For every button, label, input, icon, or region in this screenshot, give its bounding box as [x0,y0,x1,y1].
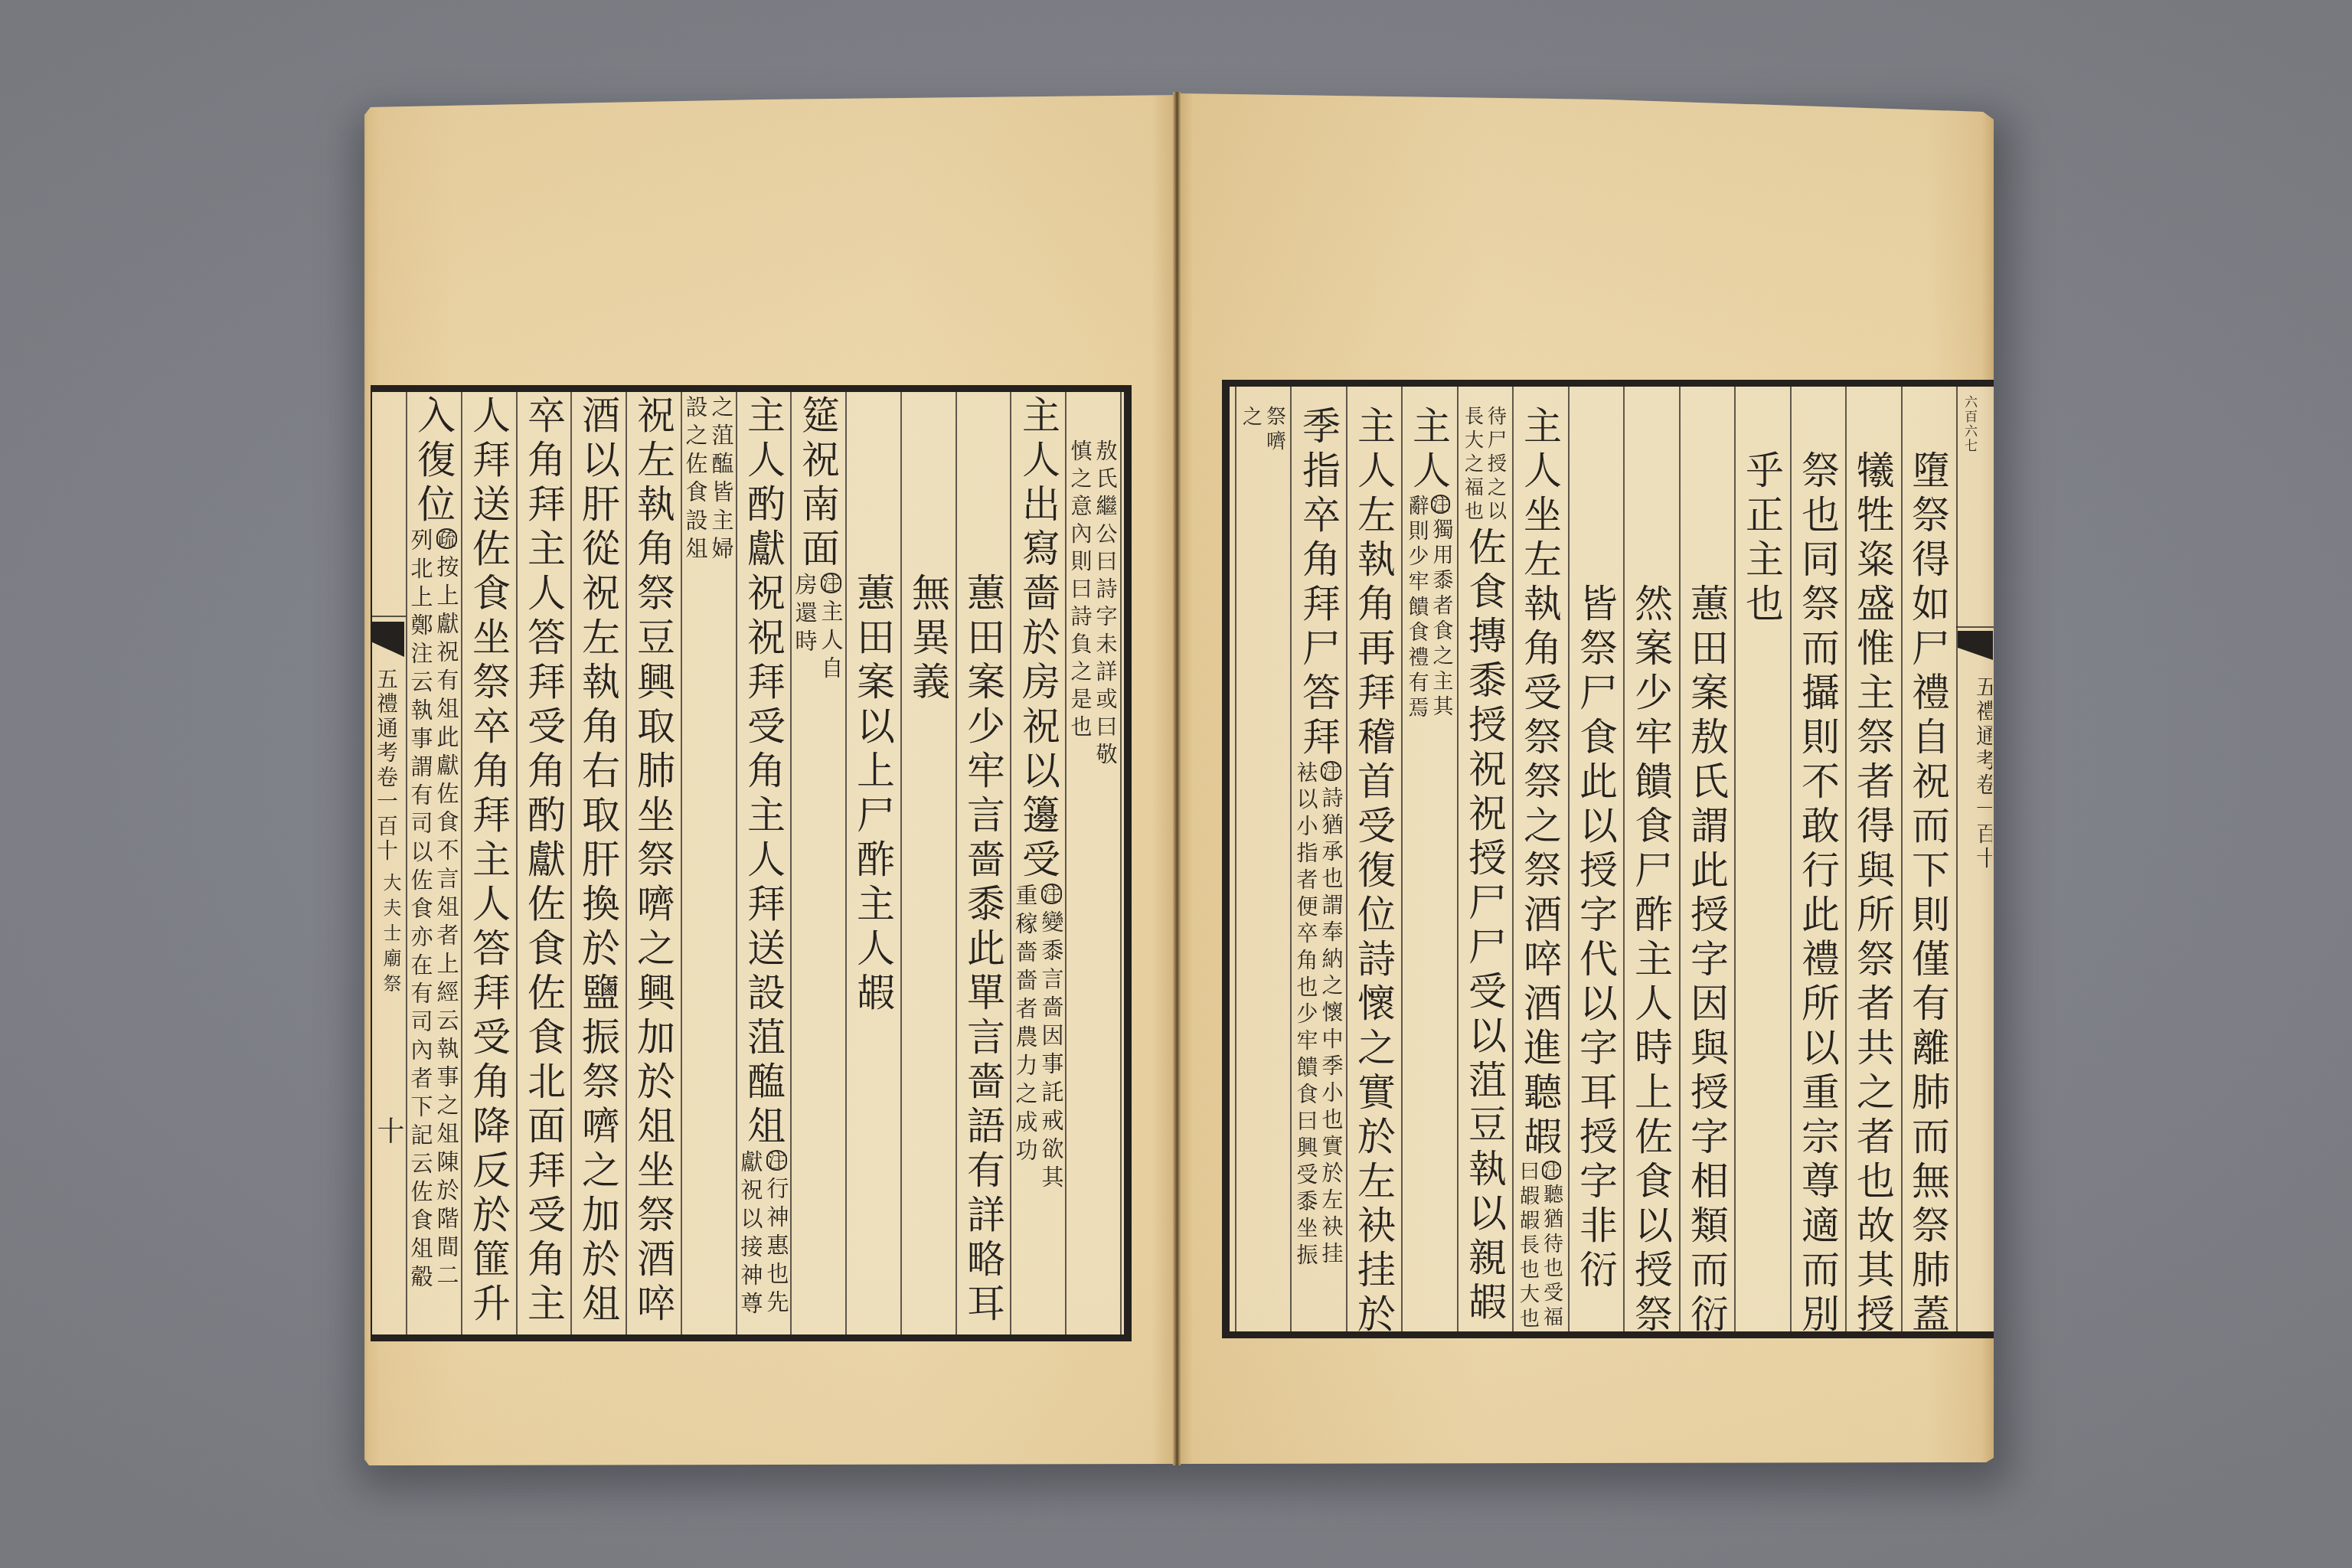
text-column: 之菹醢皆主婦 設之佐食設俎 [681,395,736,565]
note-left: 獻祝以接神尊 [740,1150,762,1320]
main-text: 佐食摶黍授祝祝授尸尸受以菹豆執以親嘏 [1465,527,1504,1326]
commentary-note: 敖氏繼公曰詩字未詳或曰敬 慎之意內則曰詩負之是也 [1065,439,1120,770]
main-text: 入復位 [414,395,452,528]
text-column: 筵祝南面 注主人自 房還時 [790,395,845,684]
note-marker: 疏 [436,528,457,549]
note-marker: 注 [1041,884,1062,904]
main-text: 主人 [1410,406,1448,495]
text-column: 主人 注獨用黍者食之主其 辭則少牢饋食禮有焉 [1401,406,1456,722]
text-column: 蕙田案敖氏謂此授字因與授字相類而衍 [1679,583,1734,1338]
main-text: 人拜送佐食坐祭卒角拜主人答拜受角降反於篚升 [469,395,508,1328]
note-right: 敖氏繼公曰詩字未詳或曰敬 [1095,439,1116,770]
main-text: 蕙田案敖氏謂此授字因與授字相類而衍 [1687,583,1726,1338]
text-column: 主人酌獻祝祝拜受角主人拜送設菹醢俎 注行神惠也先 獻祝以接神尊 [736,395,791,1320]
text-column: 蕙田案少牢言嗇黍此單言嗇語有詳略耳 [955,573,1011,1328]
note-marker: 注 [766,1150,787,1171]
text-column: 季指卒角拜尸答拜 注詩猶承也謂奉納之懷中季小也實於左袂挂 袪以小指者便卒角也少牢… [1291,406,1346,1270]
main-text: 筵祝南面 [799,395,837,573]
note-right: 疏按上獻祝有俎此獻佐食不言俎者上經云執事之俎陳於階間二 [436,528,458,1292]
commentary-note: 注變黍言嗇因事託戒欲其 重稼嗇嗇者農力之成功 [1011,884,1066,1194]
note-right: 注詩猶承也謂奉納之懷中季小也實於左袂挂 [1321,761,1342,1269]
note-marker: 注 [821,573,841,593]
note-right: 待尸授之以 [1487,406,1506,524]
text-column: 主人出寫嗇於房祝以籩受 注變黍言嗇因事託戒欲其 重稼嗇嗇者農力之成功 [1011,395,1066,1194]
note-marker: 注 [1431,495,1450,514]
main-text: 祝左執角祭豆興取肺坐祭嚌之興加於俎坐祭酒啐 [634,395,672,1328]
note-left: 曰嘏嘏長也大也 [1518,1161,1538,1332]
note-right: 注聽猶待也受福 [1542,1161,1562,1331]
main-text: 主人坐左執角受祭祭之祭酒啐酒進聽嘏 [1521,406,1559,1161]
margin-section-title: 大夫士廟祭 [381,873,400,999]
note-left: 列北上鄭注云執事謂有司以佐食亦在有司內者下記云佐食俎觳 [410,528,432,1293]
main-text: 蕙田案以上尸酢主人嘏 [854,573,892,1017]
main-text: 蕙田案少牢言嗇黍此單言嗇語有詳略耳 [964,573,1002,1328]
main-text: 主人左執角再拜稽首受復位詩懷之實於左袂挂於 [1354,406,1393,1338]
commentary-note: 注聽猶待也受福 曰嘏嘏長也大也 [1512,1161,1567,1332]
note-left: 之 [1241,406,1261,430]
note-right: 之菹醢皆主婦 [710,395,733,565]
commentary-note: 注獨用黍者食之主其 辭則少牢饋食禮有焉 [1401,495,1456,722]
main-text: 犧牲粢盛惟主祭者得與所祭者共之者也故其授 [1854,450,1892,1338]
text-column: 蕙田案以上尸酢主人嘏 [845,573,900,1017]
note-right-text: 按上獻祝有俎此獻佐食不言俎者上經云執事之俎陳於階間二 [434,555,460,1292]
main-text: 祭也同祭而攝則不敢行此禮所以重宗尊適而別 [1798,450,1837,1338]
commentary-note: 之菹醢皆主婦 設之佐食設俎 [681,395,736,565]
note-left: 辭則少牢饋食禮有焉 [1406,495,1427,722]
note-right-text: 詩猶承也謂奉納之懷中季小也實於左袂挂 [1319,786,1344,1269]
text-column: 祝左執角祭豆興取肺坐祭嚌之興加於俎坐祭酒啐 [626,395,681,1328]
main-text: 墮祭得如尸禮自祝而下則僅有離肺而無祭肺蓋 [1909,450,1947,1338]
main-text: 然案少牢饋食尸酢主人時上佐食以授祭 [1632,583,1670,1338]
text-column: 卒角拜主人答拜受角酌獻佐食佐食北面拜受角主 [516,395,571,1328]
main-text: 主人出寫嗇於房祝以籩受 [1019,395,1057,884]
commentary-note: 疏按上獻祝有俎此獻佐食不言俎者上經云執事之俎陳於階間二 列北上鄭注云執事謂有司以… [406,528,461,1293]
text-column: 入復位 疏按上獻祝有俎此獻佐食不言俎者上經云執事之俎陳於階間二 列北上鄭注云執事… [406,395,461,1293]
main-text: 皆祭尸食此以授字代以字耳授字非衍 [1576,583,1615,1294]
text-column: 敖氏繼公曰詩字未詳或曰敬 慎之意內則曰詩負之是也 [1065,439,1120,770]
text-column: 墮祭得如尸禮自祝而下則僅有離肺而無祭肺蓋 [1900,450,1955,1338]
note-right: 祭嚌 [1265,406,1285,455]
note-marker: 注 [1321,761,1341,781]
main-text: 季指卒角拜尸答拜 [1299,406,1338,761]
note-right-text: 主人自 [818,599,844,684]
margin-book-title: 五禮通考卷一百十 [375,668,397,864]
note-left: 慎之意內則曰詩負之是也 [1070,439,1091,743]
note-left: 袪以小指者便卒角也少牢饋食曰興受黍坐振 [1295,761,1317,1270]
text-column: 無異義 [900,573,955,706]
main-text: 酒以肝從祝左執角右取肝換於鹽振祭嚌之加於俎 [579,395,617,1328]
commentary-note: 注主人自 房還時 [790,573,845,684]
commentary-note: 祭嚌 之 [1235,406,1290,455]
text-column: 犧牲粢盛惟主祭者得與所祭者共之者也故其授 [1845,450,1900,1338]
note-marker: 注 [1542,1161,1561,1180]
text-column: 然案少牢饋食尸酢主人時上佐食以授祭 [1623,583,1678,1338]
text-column: 皆祭尸食此以授字代以字耳授字非衍 [1568,583,1623,1294]
commentary-note: 注行神惠也先 獻祝以接神尊 [736,1150,791,1320]
margin-book-title: 五禮通考卷一百十 [1975,675,1992,871]
note-right-text: 行神惠也先 [764,1177,790,1318]
text-column: 待尸授之以 長大之福也 佐食摶黍授祝祝授尸尸受以菹豆執以親嘏 [1457,406,1512,1326]
note-left: 重稼嗇嗇者農力之成功 [1014,884,1037,1167]
note-right: 注行神惠也先 [766,1150,788,1318]
note-right: 注變黍言嗇因事託戒欲其 [1040,884,1063,1194]
note-right: 注主人自 [820,573,842,684]
note-right-text: 聽猶待也受福 [1540,1184,1563,1331]
main-text: 主人酌獻祝祝拜受角主人拜送設菹醢俎 [744,395,782,1150]
margin-char-count: 六百六七 [1962,395,1975,453]
margin-title-clip: 五禮通考卷一百十 [1958,672,1992,871]
commentary-note: 注詩猶承也謂奉納之懷中季小也實於左袂挂 袪以小指者便卒角也少牢饋食曰興受黍坐振 [1291,761,1346,1270]
note-right-text: 變黍言嗇因事託戒欲其 [1039,910,1065,1194]
text-column: 人拜送佐食坐祭卒角拜主人答拜受角降反於篚升 [461,395,516,1328]
note-right-text: 獨用黍者食之主其 [1429,518,1453,720]
main-text: 卒角拜主人答拜受角酌獻佐食佐食北面拜受角主 [524,395,563,1328]
main-text: 乎正主也 [1743,450,1781,628]
text-column: 祭嚌 之 [1235,406,1290,455]
text-column: 主人坐左執角受祭祭之祭酒啐酒進聽嘏 注聽猶待也受福 曰嘏嘏長也大也 [1512,406,1567,1332]
margin-page-number: 十 [374,1116,402,1144]
note-left: 房還時 [794,573,816,658]
margin-divider [1956,626,1994,628]
note-left: 設之佐食設俎 [684,395,707,565]
text-column: 酒以肝從祝左執角右取肝換於鹽振祭嚌之加於俎 [570,395,626,1328]
text-column: 祭也同祭而攝則不敢行此禮所以重宗尊適而別 [1790,450,1845,1338]
note-right: 注獨用黍者食之主其 [1431,495,1452,720]
text-column: 乎正主也 [1734,450,1789,628]
text-column: 主人左執角再拜稽首受復位詩懷之實於左袂挂於 [1346,406,1401,1338]
note-left: 長大之福也 [1464,406,1483,524]
margin-divider [371,616,406,617]
main-text: 無異義 [909,573,947,706]
continued-note: 待尸授之以 長大之福也 [1457,406,1512,524]
